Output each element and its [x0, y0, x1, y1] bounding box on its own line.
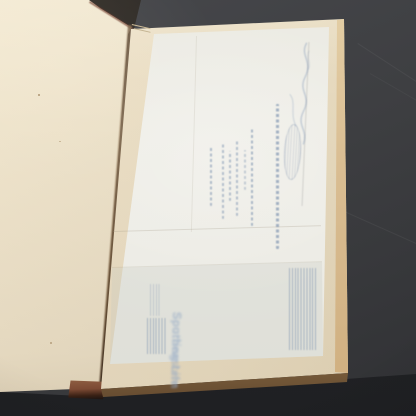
showthrough-typed-line	[244, 150, 246, 190]
paper-speck	[38, 94, 40, 96]
showthrough-typed-line	[210, 146, 212, 206]
paper-speck	[59, 141, 61, 142]
title-line-2: Sporting Life	[167, 312, 182, 387]
cover-bottom-corner	[68, 379, 105, 400]
showthrough-fine-print-column	[147, 318, 167, 354]
paper-speck	[50, 342, 52, 344]
showthrough-typed-line	[222, 142, 224, 219]
showthrough-typed-line	[236, 140, 238, 216]
showthrough-fine-print-column	[150, 284, 160, 316]
book-photograph: Southeastern Sporting Life	[0, 0, 416, 416]
showthrough-fine-print-column	[289, 268, 316, 350]
showthrough-typed-line	[229, 151, 231, 201]
showthrough-typed-line	[251, 127, 253, 226]
